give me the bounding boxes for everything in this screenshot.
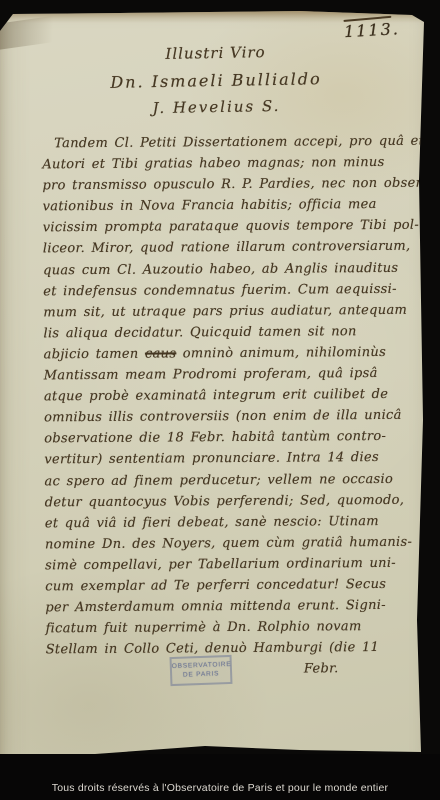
text-line-with-deletion: abjicio tamen caus omninò animum, nihilo…	[44, 342, 422, 366]
text-line: ficatum fuit nuperrimè à Dn. Rolphio nov…	[45, 616, 423, 640]
text-line: mum sit, ut utraque pars prius audiatur,…	[43, 299, 421, 323]
text-line: Autori et Tibi gratias habeo magnas; non…	[42, 152, 420, 176]
text-line: observatione die 18 Febr. habitâ tantùm …	[44, 426, 422, 450]
text-line: Stellam in Collo Ceti, denuò Hamburgi (d…	[46, 637, 424, 661]
text-line: simè compellavi, per Tabellarium ordinar…	[45, 553, 423, 577]
text-line: vicissim prompta parataque quovis tempor…	[43, 215, 421, 239]
text-line: nomine Dn. des Noyers, quem cùm gratiâ h…	[45, 531, 423, 555]
address-line-salutation: J. Hevelius S.	[0, 94, 432, 120]
text-line: et quâ viâ id fieri debeat, sanè nescio:…	[45, 510, 423, 534]
text-line: vertitur) sententiam pronunciare. Intra …	[44, 447, 422, 471]
text-line: cum exemplar ad Te perferri concedatur! …	[45, 574, 423, 598]
scan-background: 1113. Illustri Viro Dn. Ismaeli Bulliald…	[0, 0, 440, 800]
paper-corner-fold	[0, 12, 85, 50]
strikethrough-word: caus	[145, 346, 176, 361]
address-block: Illustri Viro Dn. Ismaeli Bullialdo J. H…	[0, 40, 433, 120]
text-line: ac spero ad finem perducetur; vellem ne …	[44, 468, 422, 492]
text-line: per Amsterdamum omnia mittenda erunt. Si…	[45, 595, 423, 619]
address-line-recipient-title: Illustri Viro	[0, 40, 432, 66]
catchword: Febr.	[304, 658, 424, 680]
text-line: lis aliqua decidatur. Quicquid tamen sit…	[43, 321, 421, 345]
folio-number: 1113.	[344, 18, 425, 41]
text-line: detur quantocyus Vobis perferendi; Sed, …	[45, 489, 423, 513]
text-segment: abjicio tamen	[44, 347, 145, 363]
folio-number-text: 1113.	[344, 19, 401, 41]
text-line: vationibus in Nova Francia habitis; offi…	[43, 194, 421, 218]
text-line: atque probè examinatâ integrum erit cuil…	[44, 384, 422, 408]
copyright-footer: Tous droits réservés à l'Observatoire de…	[0, 754, 440, 800]
copyright-text: Tous droits réservés à l'Observatoire de…	[0, 782, 440, 794]
text-line: liceor. Miror, quod ratione illarum cont…	[43, 236, 421, 260]
manuscript-page: 1113. Illustri Viro Dn. Ismaeli Bulliald…	[0, 0, 440, 800]
text-line: pro transmisso opusculo R. P. Pardies, n…	[42, 173, 420, 197]
archive-stamp: OBSERVATOIRE DE PARIS	[170, 655, 233, 686]
text-line: et indefensus condemnatus fuerim. Cum ae…	[43, 278, 421, 302]
text-line: quas cum Cl. Auzoutio habeo, ab Anglis i…	[43, 257, 421, 281]
text-line: Tandem Cl. Petiti Dissertationem accepi,…	[42, 131, 420, 155]
text-segment: omninò animum, nihilominùs	[176, 345, 386, 361]
text-line: omnibus illis controversiis (non enim de…	[44, 405, 422, 429]
letter-body: Tandem Cl. Petiti Dissertationem accepi,…	[42, 131, 424, 682]
address-line-recipient-name: Dn. Ismaeli Bullialdo	[0, 67, 432, 94]
text-line: Mantissam meam Prodromi proferam, quâ ip…	[44, 363, 422, 387]
